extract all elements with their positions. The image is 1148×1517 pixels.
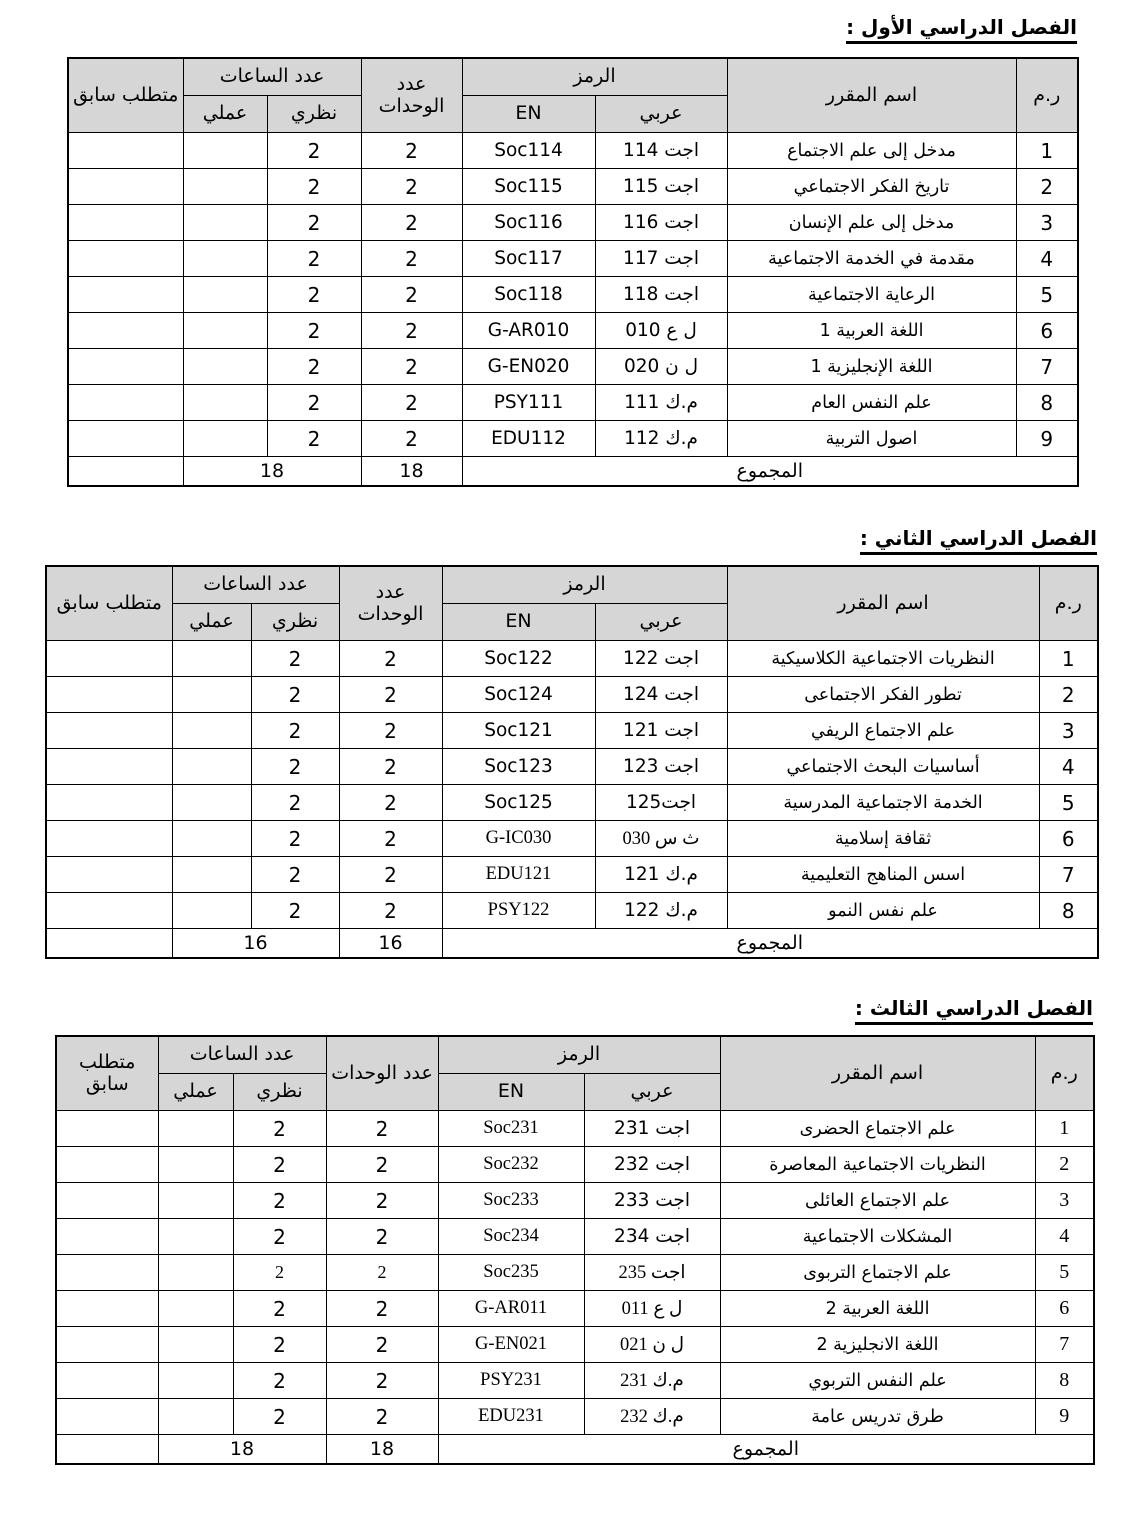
total-units: 18 [361,457,462,487]
course-row: 7 اللغة الإنجليزية 1 ل ن 020 G-EN020 2 2 [68,349,1078,385]
cell-code-arabic: اجت 121 [595,713,727,749]
course-row: 6 اللغة العربية 1 ل ع 010 G-AR010 2 2 [68,313,1078,349]
cell-row-number: 9 [1035,1399,1094,1435]
cell-code-arabic: اجت 114 [595,133,727,169]
cell-theoretical-hours: 2 [233,1399,326,1435]
table-body: 1 علم الاجتماع الحضرى اجت 231 Soc231 2 2… [56,1111,1094,1435]
cell-code-en: Soc233 [438,1183,584,1219]
cell-course-name: علم النفس التربوي [720,1363,1035,1399]
cell-prerequisite [56,1147,158,1183]
cell-units: 2 [339,641,442,677]
cell-row-number: 5 [1016,277,1078,313]
cell-code-en: G-IC030 [442,821,595,857]
cell-row-number: 5 [1035,1255,1094,1291]
total-hours: 18 [183,457,361,487]
cell-theoretical-hours: 2 [251,821,339,857]
cell-row-number: 4 [1016,241,1078,277]
header-practical: عملي [172,604,251,641]
cell-course-name: النظريات الاجتماعية الكلاسيكية [727,641,1039,677]
cell-practical-hours [183,277,267,313]
header-course-name: اسم المقرر [720,1036,1035,1111]
course-row: 2 تطور الفكر الاجتماعى اجت 124 Soc124 2 … [46,677,1098,713]
cell-units: 2 [326,1147,438,1183]
cell-theoretical-hours: 2 [233,1147,326,1183]
cell-code-arabic: اجت 234 [584,1219,720,1255]
cell-code-en: Soc118 [462,277,595,313]
cell-theoretical-hours: 2 [251,893,339,929]
table-header: ر.م اسم المقرر الرمز عدد الوحدات عدد الس… [56,1036,1094,1111]
cell-units: 2 [339,677,442,713]
header-row-number: ر.م [1039,566,1098,641]
cell-theoretical-hours: 2 [267,277,361,313]
cell-code-en: Soc114 [462,133,595,169]
cell-theoretical-hours: 2 [267,349,361,385]
cell-units: 2 [326,1363,438,1399]
course-row: 8 علم نفس النمو م.ك 122 PSY122 2 2 [46,893,1098,929]
total-units: 16 [339,929,442,959]
cell-prerequisite [46,641,172,677]
semester-3-table: ر.م اسم المقرر الرمز عدد الوحدات عدد الس… [55,1035,1095,1465]
cell-code-en: G-AR010 [462,313,595,349]
course-row: 8 علم النفس التربوي م.ك 231 PSY231 2 2 [56,1363,1094,1399]
cell-prerequisite [56,1291,158,1327]
cell-course-name: أساسيات البحث الاجتماعي [727,749,1039,785]
cell-prerequisite [68,421,183,457]
cell-code-en: Soc125 [442,785,595,821]
course-row: 4 مقدمة في الخدمة الاجتماعية اجت 117 Soc… [68,241,1078,277]
cell-row-number: 6 [1039,821,1098,857]
cell-theoretical-hours: 2 [251,785,339,821]
cell-prerequisite [56,1327,158,1363]
cell-course-name: ثقافة إسلامية [727,821,1039,857]
cell-units: 2 [326,1255,438,1291]
semester-2-title: الفصل الدراسي الثاني : [860,525,1097,555]
course-row: 9 اصول التربية م.ك 112 EDU112 2 2 [68,421,1078,457]
cell-prerequisite [56,1219,158,1255]
cell-prerequisite [46,677,172,713]
course-row: 1 النظريات الاجتماعية الكلاسيكية اجت 122… [46,641,1098,677]
header-course-name: اسم المقرر [727,566,1039,641]
total-label: المجموع [462,457,1078,487]
cell-code-en: Soc234 [438,1219,584,1255]
cell-code-en: EDU121 [442,857,595,893]
cell-prerequisite [68,277,183,313]
course-row: 7 اسس المناهج التعليمية م.ك 121 EDU121 2… [46,857,1098,893]
cell-prerequisite [46,821,172,857]
cell-units: 2 [339,785,442,821]
cell-course-name: الرعاية الاجتماعية [727,277,1016,313]
header-practical: عملي [183,96,267,133]
cell-code-arabic: م.ك 121 [595,857,727,893]
cell-code-arabic: اجت 231 [584,1111,720,1147]
header-code-arabic: عربي [595,96,727,133]
cell-code-en: PSY111 [462,385,595,421]
cell-course-name: اللغة الانجليزية 2 [720,1327,1035,1363]
total-row: المجموع 16 16 [46,929,1098,959]
header-row-number: ر.م [1016,58,1078,133]
cell-row-number: 3 [1016,205,1078,241]
course-row: 5 الرعاية الاجتماعية اجت 118 Soc118 2 2 [68,277,1078,313]
cell-row-number: 7 [1039,857,1098,893]
header-code: الرمز [462,58,727,96]
header-theoretical: نظري [267,96,361,133]
cell-practical-hours [158,1219,233,1255]
cell-practical-hours [183,349,267,385]
table-body: 1 النظريات الاجتماعية الكلاسيكية اجت 122… [46,641,1098,929]
total-label: المجموع [438,1435,1094,1465]
semester-3-title: الفصل الدراسي الثالث : [855,995,1093,1025]
header-units: عدد الوحدات [339,566,442,641]
cell-row-number: 9 [1016,421,1078,457]
cell-units: 2 [326,1291,438,1327]
cell-code-en: G-EN020 [462,349,595,385]
cell-row-number: 8 [1035,1363,1094,1399]
cell-code-en: Soc235 [438,1255,584,1291]
cell-code-en: Soc231 [438,1111,584,1147]
cell-prerequisite [46,785,172,821]
cell-row-number: 1 [1016,133,1078,169]
cell-theoretical-hours: 2 [267,205,361,241]
course-row: 5 الخدمة الاجتماعية المدرسية اجت125 Soc1… [46,785,1098,821]
cell-code-en: G-EN021 [438,1327,584,1363]
course-row: 8 علم النفس العام م.ك 111 PSY111 2 2 [68,385,1078,421]
cell-course-name: علم الاجتماع الريفي [727,713,1039,749]
cell-course-name: مقدمة في الخدمة الاجتماعية [727,241,1016,277]
semester-1-title: الفصل الدراسي الأول : [846,14,1077,44]
header-theoretical: نظري [233,1074,326,1111]
cell-practical-hours [172,713,251,749]
cell-practical-hours [158,1111,233,1147]
course-row: 3 علم الاجتماع الريفي اجت 121 Soc121 2 2 [46,713,1098,749]
cell-row-number: 8 [1016,385,1078,421]
cell-code-arabic: اجت 116 [595,205,727,241]
cell-prerequisite [56,1183,158,1219]
cell-practical-hours [183,421,267,457]
cell-theoretical-hours: 2 [233,1219,326,1255]
cell-practical-hours [183,169,267,205]
cell-code-arabic: اجت125 [595,785,727,821]
cell-theoretical-hours: 2 [267,313,361,349]
course-row: 6 ثقافة إسلامية ث س 030 G-IC030 2 2 [46,821,1098,857]
table-body: 1 مدخل إلى علم الاجتماع اجت 114 Soc114 2… [68,133,1078,457]
cell-units: 2 [361,385,462,421]
cell-practical-hours [172,677,251,713]
cell-row-number: 7 [1016,349,1078,385]
cell-code-arabic: اجت 124 [595,677,727,713]
cell-practical-hours [158,1327,233,1363]
cell-prerequisite [56,1399,158,1435]
cell-practical-hours [158,1291,233,1327]
cell-units: 2 [339,893,442,929]
cell-course-name: اصول التربية [727,421,1016,457]
header-units: عدد الوحدات [326,1036,438,1111]
cell-code-en: Soc117 [462,241,595,277]
cell-row-number: 7 [1035,1327,1094,1363]
cell-prerequisite [68,241,183,277]
header-code-en: EN [462,96,595,133]
cell-theoretical-hours: 2 [251,677,339,713]
cell-practical-hours [158,1363,233,1399]
cell-code-arabic: اجت 117 [595,241,727,277]
cell-code-arabic: م.ك 111 [595,385,727,421]
cell-code-arabic: اجت 232 [584,1147,720,1183]
header-prerequisite: متطلب سابق [68,58,183,133]
cell-units: 2 [326,1327,438,1363]
cell-units: 2 [326,1111,438,1147]
cell-course-name: مدخل إلى علم الإنسان [727,205,1016,241]
cell-units: 2 [361,277,462,313]
cell-course-name: الخدمة الاجتماعية المدرسية [727,785,1039,821]
cell-theoretical-hours: 2 [267,241,361,277]
cell-theoretical-hours: 2 [251,713,339,749]
header-units: عدد الوحدات [361,58,462,133]
course-row: 9 طرق تدريس عامة م.ك 232 EDU231 2 2 [56,1399,1094,1435]
total-prerequisite-empty [68,457,183,487]
cell-prerequisite [56,1255,158,1291]
cell-practical-hours [183,205,267,241]
cell-row-number: 3 [1039,713,1098,749]
cell-units: 2 [361,169,462,205]
cell-theoretical-hours: 2 [233,1327,326,1363]
cell-prerequisite [46,749,172,785]
cell-code-arabic: م.ك 231 [584,1363,720,1399]
cell-theoretical-hours: 2 [233,1363,326,1399]
cell-theoretical-hours: 2 [251,857,339,893]
cell-prerequisite [46,713,172,749]
cell-code-en: Soc122 [442,641,595,677]
cell-theoretical-hours: 2 [251,641,339,677]
cell-code-en: G-AR011 [438,1291,584,1327]
cell-row-number: 6 [1016,313,1078,349]
cell-course-name: علم النفس العام [727,385,1016,421]
cell-practical-hours [158,1183,233,1219]
cell-code-arabic: اجت 233 [584,1183,720,1219]
cell-prerequisite [56,1111,158,1147]
cell-course-name: تطور الفكر الاجتماعى [727,677,1039,713]
cell-units: 2 [339,857,442,893]
cell-code-arabic: ث س 030 [595,821,727,857]
total-units: 18 [326,1435,438,1465]
header-hours: عدد الساعات [158,1036,326,1074]
cell-units: 2 [339,713,442,749]
cell-theoretical-hours: 2 [233,1183,326,1219]
cell-units: 2 [361,241,462,277]
cell-course-name: علم الاجتماع التربوى [720,1255,1035,1291]
cell-code-en: Soc123 [442,749,595,785]
course-row: 4 المشكلات الاجتماعية اجت 234 Soc234 2 2 [56,1219,1094,1255]
cell-prerequisite [56,1363,158,1399]
cell-code-arabic: اجت 123 [595,749,727,785]
cell-code-en: Soc232 [438,1147,584,1183]
cell-course-name: اسس المناهج التعليمية [727,857,1039,893]
cell-units: 2 [326,1219,438,1255]
cell-course-name: اللغة الإنجليزية 1 [727,349,1016,385]
cell-course-name: تاريخ الفكر الاجتماعي [727,169,1016,205]
course-row: 2 تاريخ الفكر الاجتماعي اجت 115 Soc115 2… [68,169,1078,205]
cell-row-number: 2 [1016,169,1078,205]
cell-course-name: مدخل إلى علم الاجتماع [727,133,1016,169]
cell-prerequisite [68,349,183,385]
cell-code-arabic: اجت 115 [595,169,727,205]
document-page: الفصل الدراسي الأول : ر.م اسم المقرر الر… [0,0,1148,1517]
cell-row-number: 4 [1039,749,1098,785]
course-row: 5 علم الاجتماع التربوى اجت 235 Soc235 2 … [56,1255,1094,1291]
course-row: 3 علم الاجتماع العائلى اجت 233 Soc233 2 … [56,1183,1094,1219]
cell-prerequisite [68,313,183,349]
cell-prerequisite [46,893,172,929]
cell-units: 2 [326,1399,438,1435]
header-practical: عملي [158,1074,233,1111]
cell-practical-hours [158,1255,233,1291]
cell-prerequisite [46,857,172,893]
semester-2-table: ر.م اسم المقرر الرمز عدد الوحدات عدد الس… [45,565,1099,959]
cell-code-arabic: م.ك 232 [584,1399,720,1435]
cell-row-number: 2 [1035,1147,1094,1183]
cell-units: 2 [339,749,442,785]
cell-code-en: PSY231 [438,1363,584,1399]
cell-practical-hours [172,857,251,893]
cell-code-en: PSY122 [442,893,595,929]
total-hours: 18 [158,1435,326,1465]
cell-theoretical-hours: 2 [267,169,361,205]
cell-code-en: EDU231 [438,1399,584,1435]
cell-code-arabic: م.ك 122 [595,893,727,929]
table-header: ر.م اسم المقرر الرمز عدد الوحدات عدد الس… [46,566,1098,641]
cell-course-name: اللغة العربية 1 [727,313,1016,349]
header-prerequisite: متطلب سابق [46,566,172,641]
cell-units: 2 [361,421,462,457]
cell-code-en: Soc115 [462,169,595,205]
cell-row-number: 4 [1035,1219,1094,1255]
semester-1-table: ر.م اسم المقرر الرمز عدد الوحدات عدد الس… [67,57,1079,487]
cell-row-number: 5 [1039,785,1098,821]
cell-course-name: علم نفس النمو [727,893,1039,929]
cell-code-arabic: ل ع 010 [595,313,727,349]
header-code-arabic: عربي [595,604,727,641]
course-row: 6 اللغة العربية 2 ل ع 011 G-AR011 2 2 [56,1291,1094,1327]
header-code: الرمز [438,1036,720,1074]
course-row: 7 اللغة الانجليزية 2 ل ن 021 G-EN021 2 2 [56,1327,1094,1363]
cell-practical-hours [183,313,267,349]
total-label: المجموع [442,929,1098,959]
header-course-name: اسم المقرر [727,58,1016,133]
cell-prerequisite [68,385,183,421]
cell-code-arabic: ل ن 020 [595,349,727,385]
total-row: المجموع 18 18 [56,1435,1094,1465]
cell-theoretical-hours: 2 [251,749,339,785]
cell-units: 2 [326,1183,438,1219]
cell-prerequisite [68,169,183,205]
cell-row-number: 8 [1039,893,1098,929]
cell-code-arabic: اجت 235 [584,1255,720,1291]
header-row-number: ر.م [1035,1036,1094,1111]
cell-row-number: 1 [1035,1111,1094,1147]
cell-row-number: 3 [1035,1183,1094,1219]
header-code-en: EN [438,1074,584,1111]
cell-theoretical-hours: 2 [267,421,361,457]
cell-code-en: Soc124 [442,677,595,713]
cell-practical-hours [172,893,251,929]
cell-units: 2 [339,821,442,857]
cell-row-number: 1 [1039,641,1098,677]
total-row: المجموع 18 18 [68,457,1078,487]
cell-practical-hours [183,241,267,277]
course-row: 3 مدخل إلى علم الإنسان اجت 116 Soc116 2 … [68,205,1078,241]
cell-units: 2 [361,205,462,241]
header-hours: عدد الساعات [172,566,339,604]
cell-row-number: 2 [1039,677,1098,713]
cell-course-name: النظريات الاجتماعية المعاصرة [720,1147,1035,1183]
course-row: 1 مدخل إلى علم الاجتماع اجت 114 Soc114 2… [68,133,1078,169]
cell-code-arabic: اجت 118 [595,277,727,313]
cell-practical-hours [158,1399,233,1435]
cell-practical-hours [172,821,251,857]
course-row: 2 النظريات الاجتماعية المعاصرة اجت 232 S… [56,1147,1094,1183]
cell-practical-hours [172,785,251,821]
cell-practical-hours [183,385,267,421]
cell-code-en: Soc121 [442,713,595,749]
header-code: الرمز [442,566,727,604]
cell-theoretical-hours: 2 [233,1255,326,1291]
cell-prerequisite [68,133,183,169]
cell-course-name: المشكلات الاجتماعية [720,1219,1035,1255]
cell-course-name: علم الاجتماع الحضرى [720,1111,1035,1147]
cell-practical-hours [172,641,251,677]
cell-theoretical-hours: 2 [267,385,361,421]
cell-theoretical-hours: 2 [233,1291,326,1327]
cell-course-name: طرق تدريس عامة [720,1399,1035,1435]
cell-units: 2 [361,349,462,385]
course-row: 4 أساسيات البحث الاجتماعي اجت 123 Soc123… [46,749,1098,785]
total-prerequisite-empty [46,929,172,959]
cell-theoretical-hours: 2 [267,133,361,169]
cell-course-name: اللغة العربية 2 [720,1291,1035,1327]
total-prerequisite-empty [56,1435,158,1465]
cell-units: 2 [361,133,462,169]
course-row: 1 علم الاجتماع الحضرى اجت 231 Soc231 2 2 [56,1111,1094,1147]
cell-course-name: علم الاجتماع العائلى [720,1183,1035,1219]
cell-prerequisite [68,205,183,241]
header-code-en: EN [442,604,595,641]
cell-practical-hours [172,749,251,785]
cell-code-en: EDU112 [462,421,595,457]
total-hours: 16 [172,929,339,959]
header-prerequisite: متطلب سابق [56,1036,158,1111]
table-header: ر.م اسم المقرر الرمز عدد الوحدات عدد الس… [68,58,1078,133]
cell-code-arabic: اجت 122 [595,641,727,677]
cell-code-arabic: م.ك 112 [595,421,727,457]
header-code-arabic: عربي [584,1074,720,1111]
cell-practical-hours [183,133,267,169]
cell-code-arabic: ل ن 021 [584,1327,720,1363]
cell-practical-hours [158,1147,233,1183]
header-hours: عدد الساعات [183,58,361,96]
cell-units: 2 [361,313,462,349]
cell-row-number: 6 [1035,1291,1094,1327]
cell-theoretical-hours: 2 [233,1111,326,1147]
header-theoretical: نظري [251,604,339,641]
cell-code-en: Soc116 [462,205,595,241]
cell-code-arabic: ل ع 011 [584,1291,720,1327]
